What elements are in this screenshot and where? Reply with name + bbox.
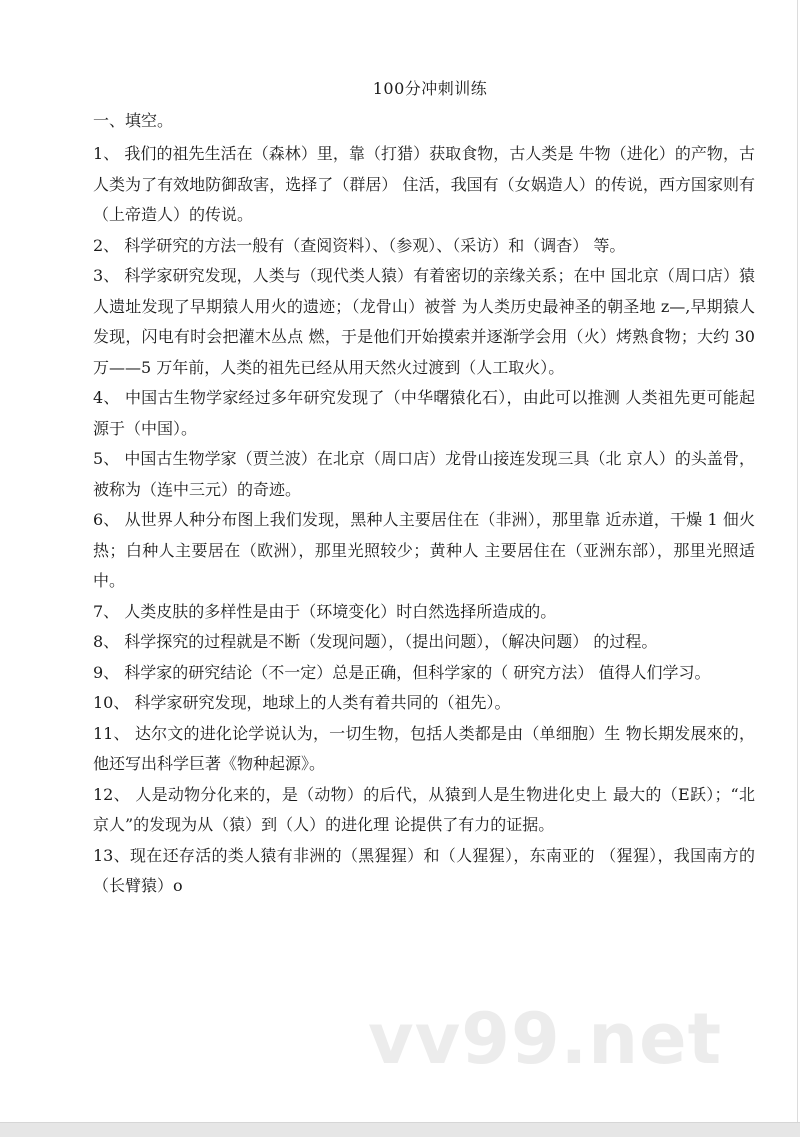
page-bottom-edge [0,1122,800,1137]
question-item-12: 12、 人是动物分化来的，是（动物）的后代，从猿到人是生物进化史上 最大的（E跃… [93,780,755,841]
question-item-5: 5、 中国古生物学家（贾兰波）在北京（周口店）龙骨山接连发现三具（北 京人）的头… [93,444,755,505]
section-heading: 一、填空。 [93,108,173,131]
question-item-4: 4、 中国古生物学家经过多年研究发现了（中华曙猿化石），由此可以推测 人类祖先更… [93,383,755,444]
question-item-7: 7、 人类皮肤的多样性是由于（环境变化）时白然选择所造成的。 [93,597,755,628]
page-title: 100分冲刺训练 [0,76,800,99]
question-item-9: 9、 科学家的研究结论（不一定）总是正确，但科学家的（ 研究方法） 值得人们学习… [93,658,755,689]
question-item-11: 11、 达尔文的进化论学说认为，一切生物，包括人类都是由（单细胞）生 物长期发展… [93,719,755,780]
watermark: vv99.net [368,998,722,1080]
question-list: 1、 我们的祖先生活在（森林）里，靠（打猎）获取食物，古人类是 牛物（进化）的产… [93,139,755,902]
question-item-2: 2、 科学研究的方法一般有（查阅资料）、（参观）、（采访）和（调杳） 等。 [93,231,755,262]
question-item-13: 13、现在还存活的类人猿有非洲的（黑猩猩）和（人猩猩），东南亚的 （猩猩），我国… [93,841,755,902]
question-item-6: 6、 从世界人种分布图上我们发现，黑种人主要居住在（非洲），那里靠 近赤道，干燥… [93,505,755,597]
question-item-1: 1、 我们的祖先生活在（森林）里，靠（打猎）获取食物，古人类是 牛物（进化）的产… [93,139,755,231]
question-item-10: 10、 科学家研究发现，地球上的人类有着共同的（祖先）。 [93,688,755,719]
question-item-3: 3、 科学家研究发现，人类与（现代类人猿）有着密切的亲缘关系；在中 国北京（周口… [93,261,755,383]
document-page: 100分冲刺训练 一、填空。 1、 我们的祖先生活在（森林）里，靠（打猎）获取食… [0,0,798,1122]
question-item-8: 8、 科学探究的过程就是不断（发现问题），（提出问题），（解决问题） 的过程。 [93,627,755,658]
